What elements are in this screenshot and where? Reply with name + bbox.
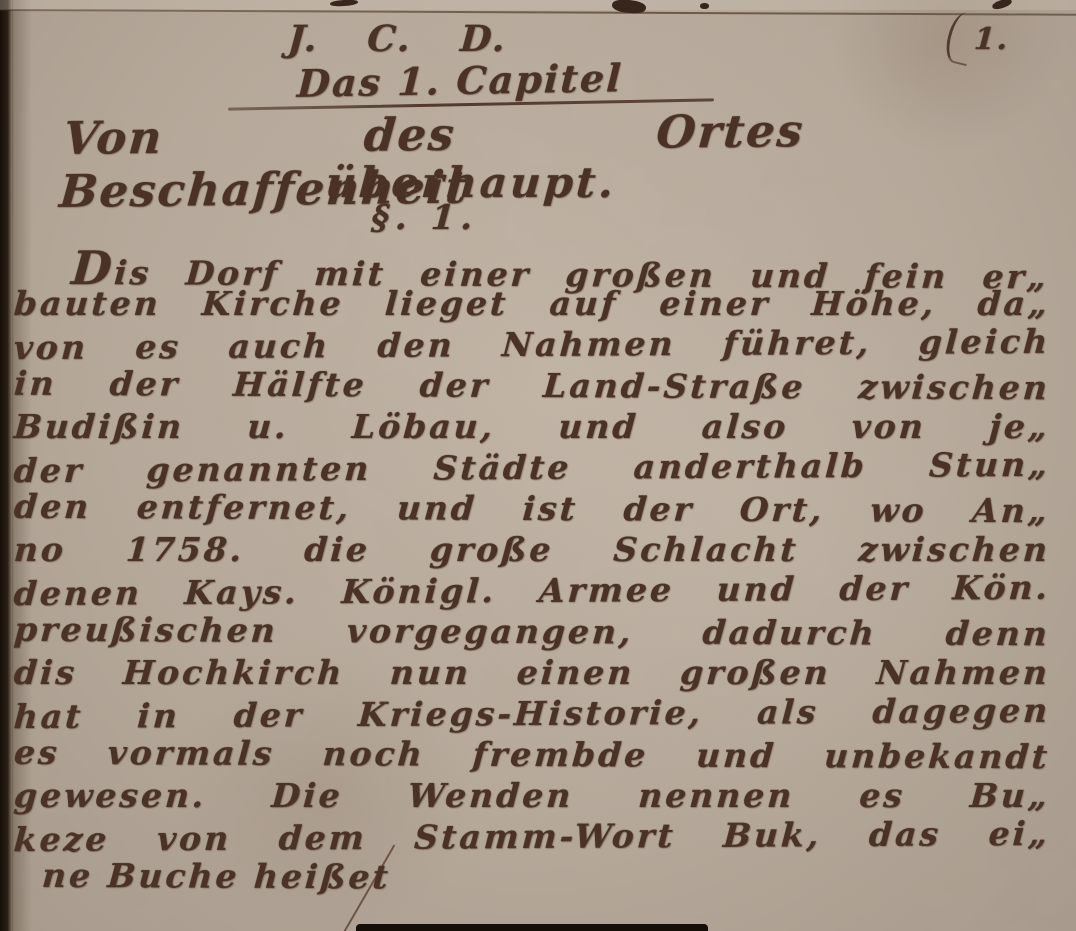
body-line: keze von dem Stamm-Wort Buk, das ei„ (12, 814, 1051, 861)
body-line: no 1758. die große Schlacht zwischen (13, 530, 1052, 571)
body-text: Dis Dorf mit einer großen und fein er„ b… (14, 243, 1050, 899)
manuscript-page: J. C. D. 1. Das 1. Capitel Von des Ortes… (0, 0, 1076, 931)
chapter-heading: Das 1. Capitel (249, 54, 672, 106)
ink-mark (700, 3, 709, 9)
invocation: J. C. D. (287, 18, 570, 60)
body-line: Budißin u. Löbau, und also von je„ (13, 407, 1052, 448)
body-line: den entfernet, und ist der Ort, wo An„ (13, 487, 1052, 533)
folio-number: 1. (973, 22, 1011, 57)
body-line: Dis Dorf mit einer großen und fein er„ (13, 241, 1052, 287)
page-top-crease (0, 9, 1076, 16)
page-top-edge (0, 0, 1076, 10)
body-line: dis Hochkirch nun einen großen Nahmen (13, 653, 1052, 694)
section-mark: §. 1. (329, 198, 522, 238)
body-line: hat in der Kriegs-Historie, als dagegen (12, 691, 1051, 738)
body-line: gewesen. Die Wenden nennen es Bu„ (13, 776, 1052, 817)
body-line: es vormals noch frembde und unbekandt (13, 733, 1052, 779)
body-line: preußischen vorgegangen, dadurch denn (13, 610, 1052, 656)
bottom-edge-shadow (356, 924, 708, 931)
body-line: von es auch den Nahmen führet, gleich (12, 322, 1051, 369)
body-line: in der Hälfte der Land-Straße zwischen (13, 364, 1052, 410)
body-line: ne Buche heißet (13, 856, 1052, 902)
body-line: der genannten Städte anderthalb Stun„ (12, 445, 1051, 492)
body-line: denen Kays. Königl. Armee und der Kön. (12, 568, 1051, 615)
body-line: bauten Kirche lieget auf einer Höhe, da„ (13, 284, 1052, 325)
